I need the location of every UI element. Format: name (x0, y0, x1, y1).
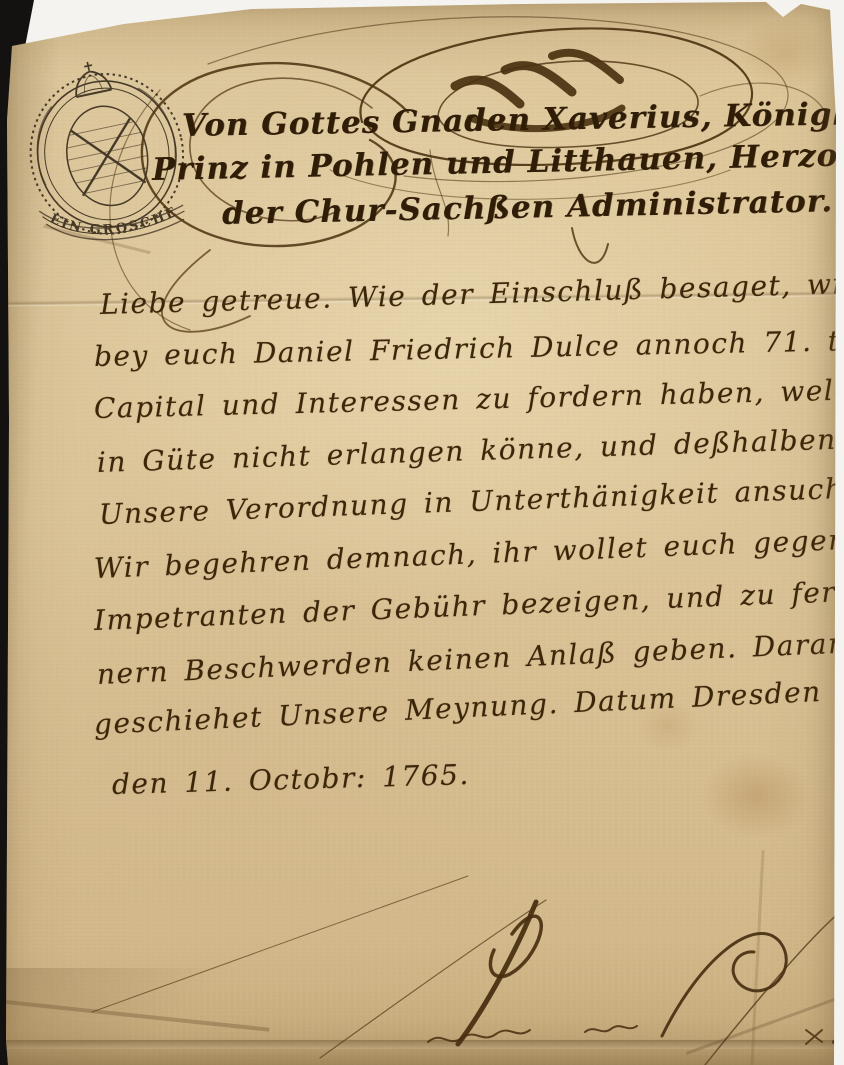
crown (70, 58, 112, 97)
stamp-text: EIN GROSCHEN (16, 50, 182, 250)
body-line: Wir begehren demnach, ihr wollet euch ge… (93, 523, 844, 585)
heading-line: der Chur-Sachßen Administrator. (222, 183, 834, 232)
shield-hatching (62, 120, 153, 195)
paper-sheet: EIN GROSCHEN (0, 0, 844, 1065)
fold-crease-diagonal-left (0, 996, 269, 1031)
body-line: in Güte nicht erlangen könne, und deßhal… (96, 421, 844, 479)
signature-flourish (0, 0, 844, 1065)
fold-crease-bottom (0, 1040, 844, 1049)
body-line: Liebe getreue. Wie der Einschluß besaget… (100, 267, 844, 321)
heading-line: Prinz in Pohlen und Litthauen, Herzog zu… (152, 132, 844, 188)
stain (738, 18, 830, 90)
body-line: nern Beschwerden keinen Anlaß geben. Dar… (96, 627, 844, 691)
body-line: Impetranten der Gebühr bezeigen, und zu … (93, 575, 844, 637)
body-line: Capital und Interessen zu fordern haben,… (94, 371, 844, 425)
body-line: geschiehet Unsere Meynung. Datum Dresden (93, 675, 822, 741)
scanned-letter: EIN GROSCHEN (0, 0, 844, 1065)
body-line: bey euch Daniel Friedrich Dulce annoch 7… (94, 321, 844, 373)
calligraphic-flourishes (0, 0, 844, 1065)
corner-shadow (0, 968, 270, 1065)
fold-crease-diagonal-right (686, 980, 844, 1055)
ein-groschen-revenue-stamp: EIN GROSCHEN (16, 50, 196, 250)
crossed-swords (69, 118, 145, 196)
fold-crease-top-left (43, 225, 150, 255)
fold-crease-horizontal (6, 291, 836, 307)
svg-text:EIN GROSCHEN: EIN GROSCHEN (16, 50, 182, 250)
fold-crease-vertical (750, 850, 764, 1065)
stain (636, 700, 700, 752)
dateline: den 11. Octobr: 1765. (112, 758, 471, 801)
stain (700, 752, 812, 840)
body-line: Unsere Verordnung in Unterthänigkeit ans… (98, 471, 844, 531)
heading-line: Von Gottes Gnaden Xaverius, Königlicher (182, 95, 844, 144)
